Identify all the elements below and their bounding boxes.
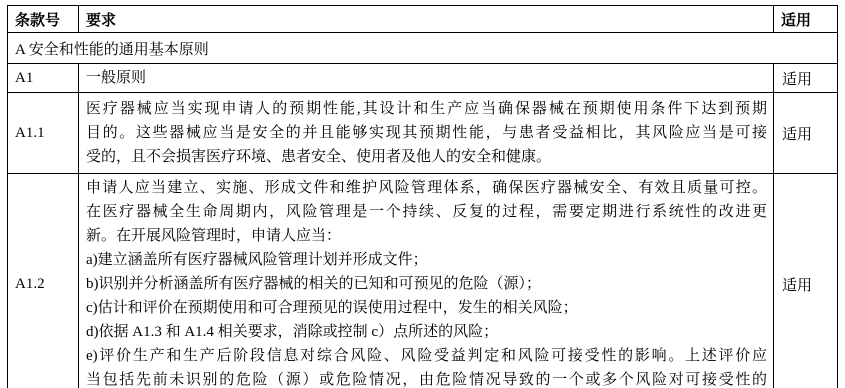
column-header-requirement: 要求: [79, 6, 774, 33]
requirement-line: 当包括先前未识别的危险（源）或危险情况，由危险情况导致的一个或多个风险对可接受性…: [86, 368, 767, 388]
table-row-a1-1: A1.1 医疗器械应当实现申请人的预期性能,其设计和生产应当确保器械在预期使用条…: [8, 93, 838, 174]
requirement-line: 在医疗器械全生命周期内，风险管理是一个持续、反复的过程，需要定期进行系统性的改进…: [86, 200, 767, 224]
applicable-cell: 适用: [774, 174, 838, 388]
requirement-line: 一般原则: [86, 66, 767, 90]
header-row: 条款号 要求 适用: [8, 6, 838, 33]
table-row-a1-2: A1.2 申请人应当建立、实施、形成文件和维护风险管理体系，确保医疗器械安全、有…: [8, 174, 838, 388]
applicable-cell: 适用: [774, 64, 838, 93]
clause-cell: A1.1: [8, 93, 79, 174]
requirement-line: 新。在开展风险管理时，申请人应当：: [86, 224, 767, 248]
requirement-cell: 申请人应当建立、实施、形成文件和维护风险管理体系，确保医疗器械安全、有效且质量可…: [79, 174, 774, 388]
requirements-table: 条款号 要求 适用 A 安全和性能的通用基本原则 A1 一般原则 适用 A1.1…: [7, 5, 838, 388]
section-title: A 安全和性能的通用基本原则: [8, 33, 838, 64]
applicable-cell: 适用: [774, 93, 838, 174]
requirement-line: e)评价生产和生产后阶段信息对综合风险、风险受益判定和风险可接受性的影响。上述评…: [86, 344, 767, 368]
requirement-line: 医疗器械应当实现申请人的预期性能,其设计和生产应当确保器械在预期使用条件下达到预…: [86, 97, 767, 121]
requirement-cell: 一般原则: [79, 64, 774, 93]
requirement-line: c)估计和评价在预期使用和可合理预见的误使用过程中，发生的相关风险；: [86, 296, 767, 320]
column-header-applicable: 适用: [774, 6, 838, 33]
requirement-line: 申请人应当建立、实施、形成文件和维护风险管理体系，确保医疗器械安全、有效且质量可…: [86, 176, 767, 200]
requirement-line: b)识别并分析涵盖所有医疗器械的相关的已知和可预见的危险（源）；: [86, 272, 767, 296]
requirement-line: 目的。这些器械应当是安全的并且能够实现其预期性能，与患者受益相比，其风险应当是可…: [86, 121, 767, 145]
requirement-line: a)建立涵盖所有医疗器械风险管理计划并形成文件；: [86, 248, 767, 272]
document-page: 条款号 要求 适用 A 安全和性能的通用基本原则 A1 一般原则 适用 A1.1…: [0, 0, 845, 388]
section-row: A 安全和性能的通用基本原则: [8, 33, 838, 64]
requirement-line: d)依据 A1.3 和 A1.4 相关要求，消除或控制 c）点所述的风险；: [86, 320, 767, 344]
requirement-cell: 医疗器械应当实现申请人的预期性能,其设计和生产应当确保器械在预期使用条件下达到预…: [79, 93, 774, 174]
column-header-clause: 条款号: [8, 6, 79, 33]
clause-cell: A1: [8, 64, 79, 93]
requirement-line: 受的，且不会损害医疗环境、患者安全、使用者及他人的安全和健康。: [86, 145, 767, 169]
clause-cell: A1.2: [8, 174, 79, 388]
table-row-a1: A1 一般原则 适用: [8, 64, 838, 93]
